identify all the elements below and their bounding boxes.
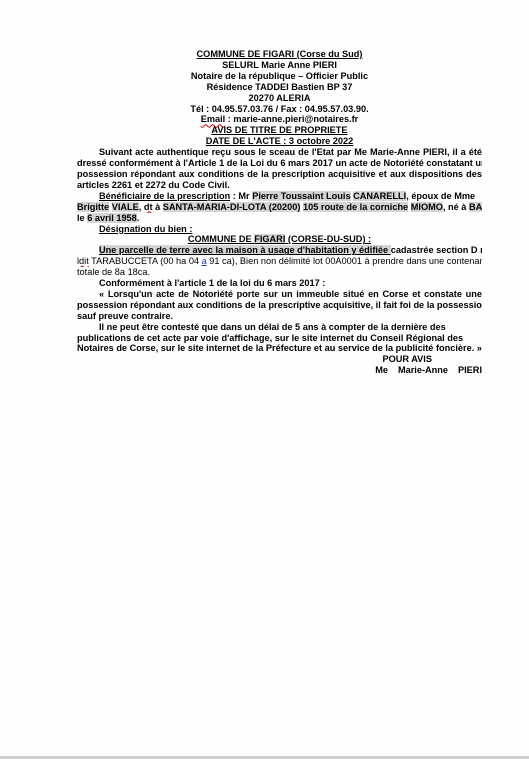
intro-line-2: dressé conformément à l'Article 1 de la … — [77, 158, 482, 169]
office-name: SELURL Marie Anne PIERI — [77, 60, 482, 71]
quote-line-2: possession répondant aux conditions de l… — [77, 300, 482, 311]
article-reference: Conformément à l'article 1 de la loi du … — [77, 278, 482, 289]
office-address: Résidence TADDEI Bastien BP 37 — [77, 82, 482, 93]
property-label: Désignation du bien : — [77, 224, 482, 235]
email-address[interactable]: : marie-anne.pieri@notaires.fr — [225, 114, 358, 124]
residence-town: SANTA-MARIA-DI-LOTA (20200) — [163, 202, 301, 212]
birth-date: 6 avril 1958 — [87, 213, 137, 223]
beneficiary-line-2: Brigitte VIALE, dt à SANTA-MARIA-DI-LOTA… — [77, 202, 482, 213]
office-city: 20270 ALERIA — [77, 93, 482, 104]
intro-line-3: possession répondant aux conditions de l… — [77, 169, 482, 180]
birth-city: BASTIA (20200) — [469, 202, 482, 212]
contest-line-2: publications de cet acte par voie d'affi… — [77, 333, 482, 344]
act-date: DATE DE L'ACTE : 3 octobre 2022 — [77, 136, 482, 147]
property-commune: COMMUNE DE FIGARI (CORSE-DU-SUD) : — [77, 234, 482, 245]
email-label: Email — [201, 114, 226, 124]
notice-body: COMMUNE DE FIGARI (Corse du Sud) SELURL … — [77, 49, 482, 376]
intro-line-4: articles 2261 et 2272 du Code Civil. — [77, 180, 482, 191]
intro-line-1: Suivant acte authentique reçu sous le sc… — [77, 147, 482, 158]
contest-line-3: Notaires de Corse, sur le site internet … — [77, 343, 482, 354]
beneficiary-line-1: Bénéficiaire de la prescription : Mr Pie… — [77, 191, 482, 202]
spouse-surname: VIALE — [112, 202, 139, 212]
residence-place: MIOMO — [411, 202, 443, 212]
beneficiary-surname: CANARELLI — [353, 191, 406, 201]
beneficiary-label: Bénéficiaire de la prescription — [99, 191, 230, 201]
document-page: COMMUNE DE FIGARI (Corse du Sud) SELURL … — [0, 0, 529, 756]
parcel-line-3: totale de 8a 18ca. — [77, 267, 482, 278]
notice-title: AVIS DE TITRE DE PROPRIETE — [77, 125, 482, 136]
contest-line-1: Il ne peut être contesté que dans un dél… — [77, 322, 482, 333]
commune-heading: COMMUNE DE FIGARI (Corse du Sud) — [77, 49, 482, 60]
phone-fax: Tél : 04.95.57.03.76 / Fax : 04.95.57.03… — [77, 104, 482, 115]
spouse-first-name: Brigitte — [77, 202, 109, 212]
parcel-line-2: ldit TARABUCCETA (00 ha 04 a 91 ca), Bie… — [77, 256, 482, 267]
pour-avis: POUR AVIS — [77, 354, 482, 365]
beneficiary-first-names: Pierre Toussaint Louis — [252, 191, 350, 201]
signature: MeMarie-AnnePIERI — [77, 365, 482, 376]
parcel-line-1: Une parcelle de terre avec la maison à u… — [77, 245, 482, 256]
email-line: Email : marie-anne.pieri@notaires.fr — [77, 114, 482, 125]
beneficiary-line-3: BASTIA (20200) le 6 avril 1958. — [77, 213, 482, 224]
notary-role: Notaire de la république – Officier Publ… — [77, 71, 482, 82]
quote-line-3: sauf preuve contraire. — [77, 311, 482, 322]
dt-word: dt — [144, 202, 153, 212]
quote-line-1: « Lorsqu'un acte de Notoriété porte sur … — [77, 289, 482, 300]
parcel-description: Une parcelle de terre avec la maison à u… — [99, 245, 391, 255]
residence-street: 105 route de la corniche — [303, 202, 408, 212]
